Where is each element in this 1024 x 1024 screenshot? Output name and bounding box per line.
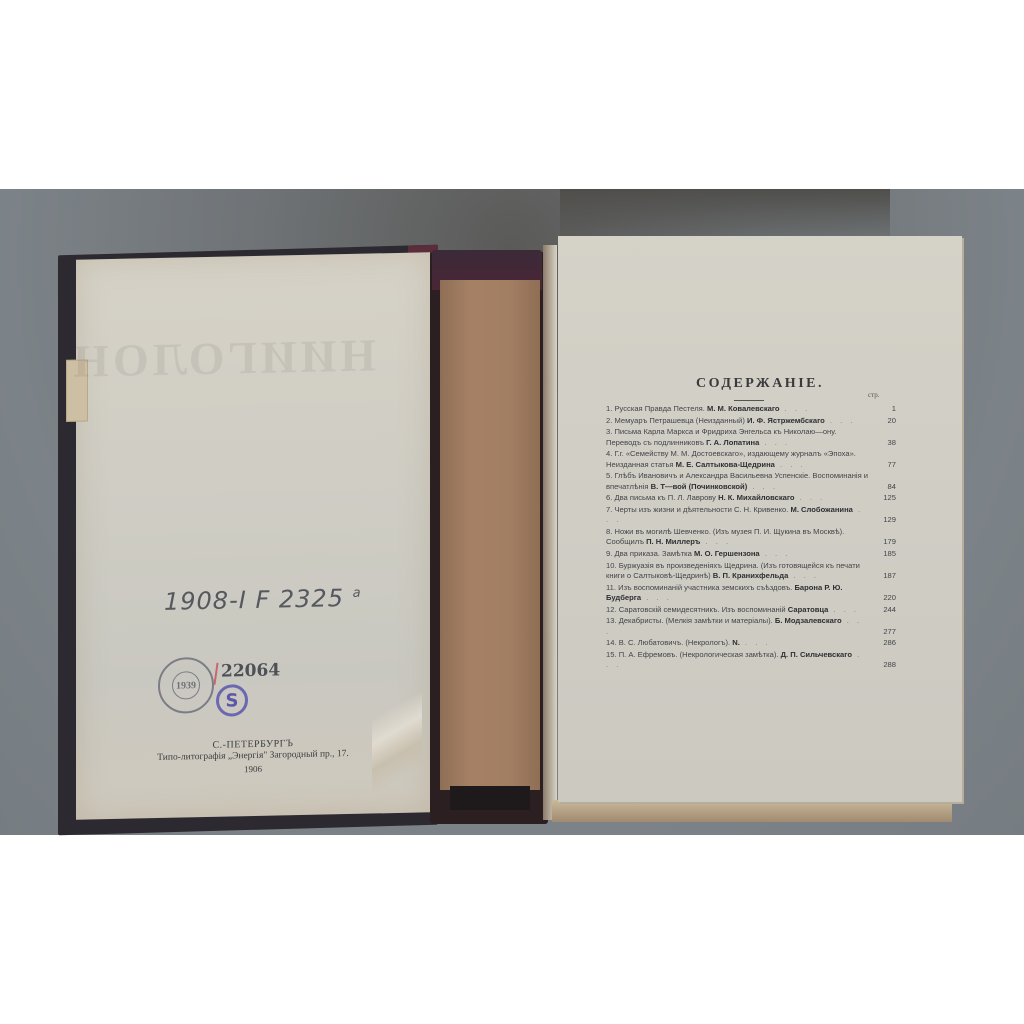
entry-number: 4. xyxy=(606,449,612,458)
text-block-edge xyxy=(543,245,557,820)
entry-author: Б. Модзалевскаго xyxy=(775,616,842,625)
entry-author: М. Слобожанина xyxy=(791,505,853,514)
entry-page: 286 xyxy=(874,638,896,648)
leader-dots: . . . xyxy=(759,438,790,447)
entry-text: 3. Письма Карла Маркса и Фридриха Энгель… xyxy=(606,427,872,448)
entry-page: 277 xyxy=(874,627,896,637)
entry-author: Н. К. Михайловскаго xyxy=(718,493,794,502)
entry-text: 7. Черты изъ жизни и дѣятельности С. Н. … xyxy=(606,505,872,526)
entry-number: 13. xyxy=(606,616,617,625)
entry-title: Мемуаръ Петрашевца (Неизданный) xyxy=(614,416,744,425)
leader-dots: . . . xyxy=(795,493,826,502)
entry-title: Изъ воспоминаній участника земскихъ съѣз… xyxy=(618,583,792,592)
contents-entry: 8. Ножи въ могилѣ Шевченко. (Изъ музея П… xyxy=(606,527,896,548)
contents-entry: 13. Декабристы. (Мелкія замѣтки и матері… xyxy=(606,616,896,637)
handwritten-shelfmark: 1908-I F 2325 a xyxy=(164,584,362,616)
entry-author: Г. А. Лопатина xyxy=(706,438,759,447)
contents-entry: 12. Саратовскій семидесятникъ. Изъ воспо… xyxy=(606,605,896,615)
entry-title: Декабристы. (Мелкія замѣтки и матеріалы)… xyxy=(619,616,773,625)
leader-dots: . . . xyxy=(825,416,856,425)
spine-tail xyxy=(450,786,530,810)
spine-lining xyxy=(440,280,540,790)
entry-author: П. Н. Миллеръ xyxy=(646,537,700,546)
entry-text: 2. Мемуаръ Петрашевца (Неизданный) И. Ф.… xyxy=(606,416,872,426)
entry-number: 6. xyxy=(606,493,612,502)
entry-number: 9. xyxy=(606,549,612,558)
leader-dots: . . . xyxy=(788,571,819,580)
right-page-contents: СОДЕРЖАНІЕ. стр. 1. Русская Правда Песте… xyxy=(558,236,962,802)
page-column-header: стр. xyxy=(868,391,880,399)
entry-text: 11. Изъ воспоминаній участника земскихъ … xyxy=(606,583,872,604)
entry-number: 11. xyxy=(606,583,616,592)
entry-title: Два приказа. Замѣтка xyxy=(614,549,691,558)
entry-number: 5. xyxy=(606,471,612,480)
entry-author: Саратовца xyxy=(788,605,829,614)
entry-number: 1. xyxy=(606,404,612,413)
contents-entry: 9. Два приказа. Замѣтка М. О. Гершензона… xyxy=(606,549,896,559)
entry-author: М. О. Гершензона xyxy=(694,549,760,558)
contents-entry: 14. В. С. Любатовичъ. (Некрологъ). N. . … xyxy=(606,638,896,648)
entry-text: 12. Саратовскій семидесятникъ. Изъ воспо… xyxy=(606,605,872,615)
entry-page: 20 xyxy=(874,416,896,426)
entry-title: В. С. Любатовичъ. (Некрологъ). xyxy=(619,638,730,647)
entry-title: Черты изъ жизни и дѣятельности С. Н. Кри… xyxy=(614,505,788,514)
leader-dots: . . . xyxy=(641,593,672,602)
entry-author: И. Ф. Ястржембскаго xyxy=(747,416,825,425)
contents-entry: 4. Г.г. «Семейству М. М. Достоевскаго», … xyxy=(606,449,896,470)
entry-number: 15. xyxy=(606,650,617,659)
leader-dots: . . . xyxy=(740,638,771,647)
red-pencil-mark xyxy=(213,663,218,685)
entry-number: 14. xyxy=(606,638,617,647)
entry-number: 8. xyxy=(606,527,612,536)
entry-text: 6. Два письма къ П. Л. Лаврову Н. К. Мих… xyxy=(606,493,872,503)
entry-author: М. М. Ковалевскаго xyxy=(707,404,780,413)
torn-page-corner xyxy=(372,692,422,793)
entry-page: 220 xyxy=(874,593,896,603)
entry-number: 12. xyxy=(606,605,617,614)
leader-dots: . . . xyxy=(747,482,778,491)
contents-entry: 10. Буржуазія въ произведеніяхъ Щедрина.… xyxy=(606,561,896,582)
entry-title: П. А. Ефремовъ. (Некрологическая замѣтка… xyxy=(619,650,779,659)
entry-text: 10. Буржуазія въ произведеніяхъ Щедрина.… xyxy=(606,561,872,582)
contents-entry: 1. Русская Правда Пестеля. М. М. Ковалев… xyxy=(606,404,896,414)
contents-entry: 15. П. А. Ефремовъ. (Некрологическая зам… xyxy=(606,650,896,671)
entry-text: 14. В. С. Любатовичъ. (Некрологъ). N. . … xyxy=(606,638,872,648)
entry-text: 8. Ножи въ могилѣ Шевченко. (Изъ музея П… xyxy=(606,527,872,548)
entry-text: 9. Два приказа. Замѣтка М. О. Гершензона… xyxy=(606,549,872,559)
entry-page: 38 xyxy=(874,438,896,448)
left-page-title-verso: НИИГОЛОН 1908-I F 2325 a 1939 22064 S С.… xyxy=(76,252,430,819)
entry-page: 288 xyxy=(874,660,896,670)
leader-dots: . . . xyxy=(700,537,731,546)
accession-number-stamp: 22064 xyxy=(221,660,280,681)
entry-page: 185 xyxy=(874,549,896,559)
contents-entry: 7. Черты изъ жизни и дѣятельности С. Н. … xyxy=(606,505,896,526)
entry-page: 187 xyxy=(874,571,896,581)
entry-number: 10. xyxy=(606,561,617,570)
contents-entry: 5. Глѣбъ Ивановичъ и Александра Васильев… xyxy=(606,471,896,492)
leader-dots: . . . xyxy=(780,404,811,413)
leader-dots: . . . xyxy=(775,460,806,469)
entry-text: 13. Декабристы. (Мелкія замѣтки и матері… xyxy=(606,616,872,637)
s-stamp-icon: S xyxy=(216,684,248,717)
entry-text: 1. Русская Правда Пестеля. М. М. Ковалев… xyxy=(606,404,872,414)
contents-title: СОДЕРЖАНІЕ. xyxy=(558,376,962,392)
entry-title: Саратовскій семидесятникъ. Изъ воспомина… xyxy=(619,605,786,614)
title-rule xyxy=(734,400,764,401)
entry-author: М. Е. Салтыкова-Щедрина xyxy=(676,460,775,469)
shelfmark-superscript: a xyxy=(353,586,362,601)
entry-page: 179 xyxy=(874,537,896,547)
entry-page: 125 xyxy=(874,493,896,503)
contents-list: 1. Русская Правда Пестеля. М. М. Ковалев… xyxy=(606,404,896,672)
entry-page: 244 xyxy=(874,605,896,615)
entry-title: Два письма къ П. Л. Лаврову xyxy=(614,493,716,502)
shelfmark-text: 1908-I F 2325 xyxy=(164,584,344,616)
entry-text: 15. П. А. Ефремовъ. (Некрологическая зам… xyxy=(606,650,872,671)
entry-page: 1 xyxy=(874,404,896,414)
entry-page: 129 xyxy=(874,515,896,525)
leader-dots: . . . xyxy=(760,549,791,558)
leader-dots: . . . xyxy=(828,605,859,614)
entry-number: 3. xyxy=(606,427,612,436)
contents-entry: 2. Мемуаръ Петрашевца (Неизданный) И. Ф.… xyxy=(606,416,896,426)
contents-entry: 3. Письма Карла Маркса и Фридриха Энгель… xyxy=(606,427,896,448)
entry-author: Д. П. Сильчевскаго xyxy=(781,650,852,659)
entry-author: В. П. Кранихфельда xyxy=(713,571,789,580)
entry-page: 77 xyxy=(874,460,896,470)
library-stamp-round: 1939 xyxy=(158,657,214,714)
entry-number: 7. xyxy=(606,505,612,514)
contents-entry: 6. Два письма къ П. Л. Лаврову Н. К. Мих… xyxy=(606,493,896,503)
entry-title: Русская Правда Пестеля. xyxy=(614,404,704,413)
entry-author: В. Т—вой (Починковской) xyxy=(651,482,748,491)
entry-text: 5. Глѣбъ Ивановичъ и Александра Васильев… xyxy=(606,471,872,492)
stamp-year: 1939 xyxy=(172,671,200,700)
contents-entry: 11. Изъ воспоминаній участника земскихъ … xyxy=(606,583,896,604)
text-block-bottom xyxy=(552,800,952,822)
entry-author: N. xyxy=(732,638,740,647)
entry-number: 2. xyxy=(606,416,612,425)
entry-text: 4. Г.г. «Семейству М. М. Достоевскаго», … xyxy=(606,449,872,470)
bleed-through-title: НИИГОЛОН xyxy=(116,328,376,403)
entry-page: 84 xyxy=(874,482,896,492)
